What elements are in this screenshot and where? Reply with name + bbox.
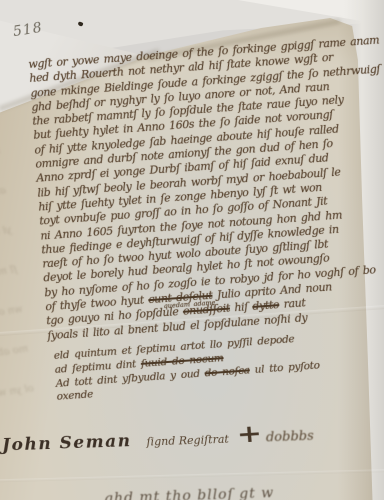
after-cross-word: dobbbs: [266, 429, 314, 446]
attestation-text: ſignd Regiſtrat: [146, 433, 229, 449]
manuscript-photo: 518 om ſul mabnw al yoab mo ſtyl ow nmſl…: [0, 0, 384, 500]
body-text-block: wgſt or yowe maye doeinge of the ſo fork…: [28, 36, 372, 406]
deposition-body-text: wgſt or yowe maye doeinge of the ſo fork…: [28, 36, 367, 344]
cross-mark-icon: +: [237, 434, 262, 436]
